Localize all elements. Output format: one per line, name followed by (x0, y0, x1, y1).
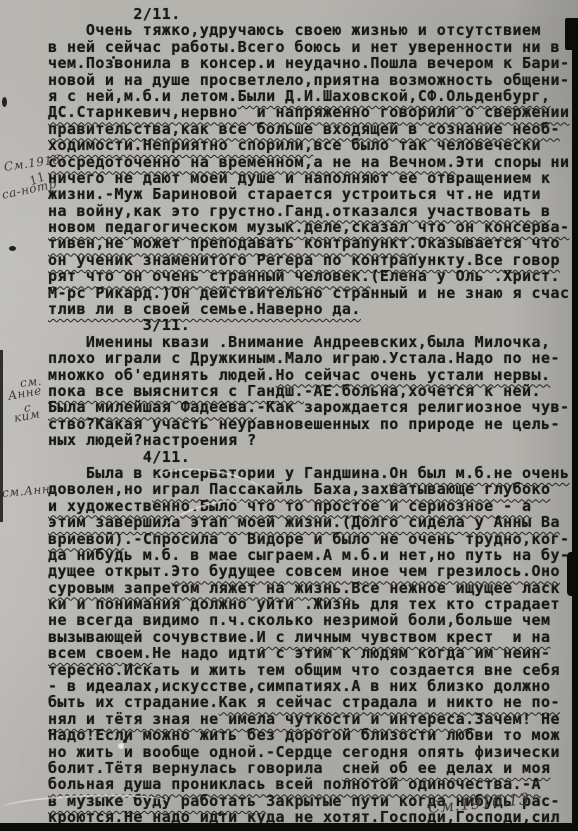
text-line: пока все выяснится с Гандш.-АЕ.больна,хо… (48, 383, 578, 399)
text-line: нял и тётя зная не имела чуткости и инте… (48, 711, 578, 727)
text-line: тересно.Искать и жить тем общим что созд… (48, 662, 578, 678)
text-line: ство?Какая участь неуравновешенных по пр… (48, 416, 578, 432)
text-line: рят что он очень странный человек.(Елена… (48, 268, 578, 284)
text-line: правительства,как все больше входящей в … (48, 121, 578, 137)
text-line: плохо играли с Дружкиным.Мало играю.Уста… (48, 350, 578, 366)
typewritten-text: 2/11. Очень тяжко,удручаюсь своею жизнью… (48, 6, 578, 826)
text-line: не всегда видимо п.ч.сколько незримой бо… (48, 612, 578, 628)
text-line: ки и понимания должно уйти .Жизнь для те… (48, 596, 578, 612)
text-line: Надо!Если можно жить без дорогой близост… (48, 727, 578, 743)
text-line: Именины квази .Внимание Андреевских,была… (48, 334, 578, 350)
text-line: ДС.Старнкевич,нервно и напряженно говори… (48, 104, 578, 120)
text-line: тивен,не может преподавать контрапункт.О… (48, 235, 578, 251)
section-heading: 3/11. (48, 317, 578, 333)
scan-speck (2, 97, 7, 107)
scan-speck (9, 246, 16, 251)
text-line: болит.Тётя вернулась говорила сней об ее… (48, 760, 578, 776)
text-line: ничего не дают моей душе и наполняют ее … (48, 170, 578, 186)
text-line: множко об'единять людей.Но сейчас очень … (48, 367, 578, 383)
section-heading: 4/11. (48, 449, 578, 465)
text-line: вриевой).-Спросила о Видоре и было не оч… (48, 531, 578, 547)
text-line: в ней сейчас работы.Всего боюсь и нет ув… (48, 39, 578, 55)
text-line: ных людей?настроения ? (48, 432, 578, 448)
margin-note: ким (13, 407, 41, 425)
scan-edge-bottom (0, 823, 578, 831)
text-line: и художественно.Было что то простое и се… (48, 498, 578, 514)
text-line: - в идеалах,искусстве,симпатиях.А в них … (48, 678, 578, 694)
scan-edge-blob-mid (567, 552, 578, 596)
text-line: я с ней,м.б.и летом.Были Д.И.Шаховской,С… (48, 88, 578, 104)
scan-speck (218, 812, 222, 816)
scanned-page: 2/11. Очень тяжко,удручаюсь своею жизнью… (0, 0, 578, 831)
text-line: всем своем.Не надо идти с этим к людям к… (48, 645, 578, 661)
text-line: жизни.-Муж Бариновой старается устроитьс… (48, 186, 578, 202)
text-line: он ученик знаменитого Регера по контрапу… (48, 252, 578, 268)
text-line: М-рс Рикард.)Он действительно странный и… (48, 285, 578, 301)
text-line: Была в консерватории у Гандшина.Он был м… (48, 465, 578, 481)
text-line: новой и на душе просветлело,приятна возм… (48, 72, 578, 88)
scan-edge-blob-top (565, 18, 578, 50)
text-line: этим завершила этап моей жизни.(Долго си… (48, 514, 578, 530)
text-line: дущее открыт.Это будущее совсем иное чем… (48, 563, 578, 579)
scan-edge-left (0, 350, 3, 522)
text-line: доволен,но играл Пассакайль Баха,захваты… (48, 481, 578, 497)
text-line: сосредоточенно на временном,а не на Вечн… (48, 154, 578, 170)
text-line: но жить и вообще одной.-Сердце сегодня о… (48, 744, 578, 760)
text-line: Очень тяжко,удручаюсь своею жизнью и отс… (48, 22, 578, 38)
text-line: быть их страдание.Как я сейчас страдала … (48, 694, 578, 710)
text-line: да нибудь м.б. в мае сыграем.А м.б.и нет… (48, 547, 578, 563)
scan-edge-right (572, 18, 578, 831)
text-line: на войну,как это грустно.Ганд.отказался … (48, 203, 578, 219)
scan-speck (123, 739, 127, 743)
text-line: вызывающей сочувствие.И с личным чувство… (48, 629, 578, 645)
text-line: суровым запретом ляжет на жизнь.Все нежн… (48, 580, 578, 596)
text-line: больная душа прониклась всей полнотой од… (48, 776, 578, 792)
text-line: Была милейшая Фадеева.-Как зарождается р… (48, 399, 578, 415)
text-line: ходимости.Неприятно спорили,все было так… (48, 137, 578, 153)
section-heading: 2/11. (48, 6, 578, 22)
text-line: новом педагогическом музык.деле,сказал ч… (48, 219, 578, 235)
scan-lightdot (118, 743, 124, 749)
text-line: чем.Позвонила в консер.и неудачно.Пошла … (48, 55, 578, 71)
scan-speck (112, 56, 115, 59)
text-line: тлив ли в своей семье.Наверно да. (48, 301, 578, 317)
